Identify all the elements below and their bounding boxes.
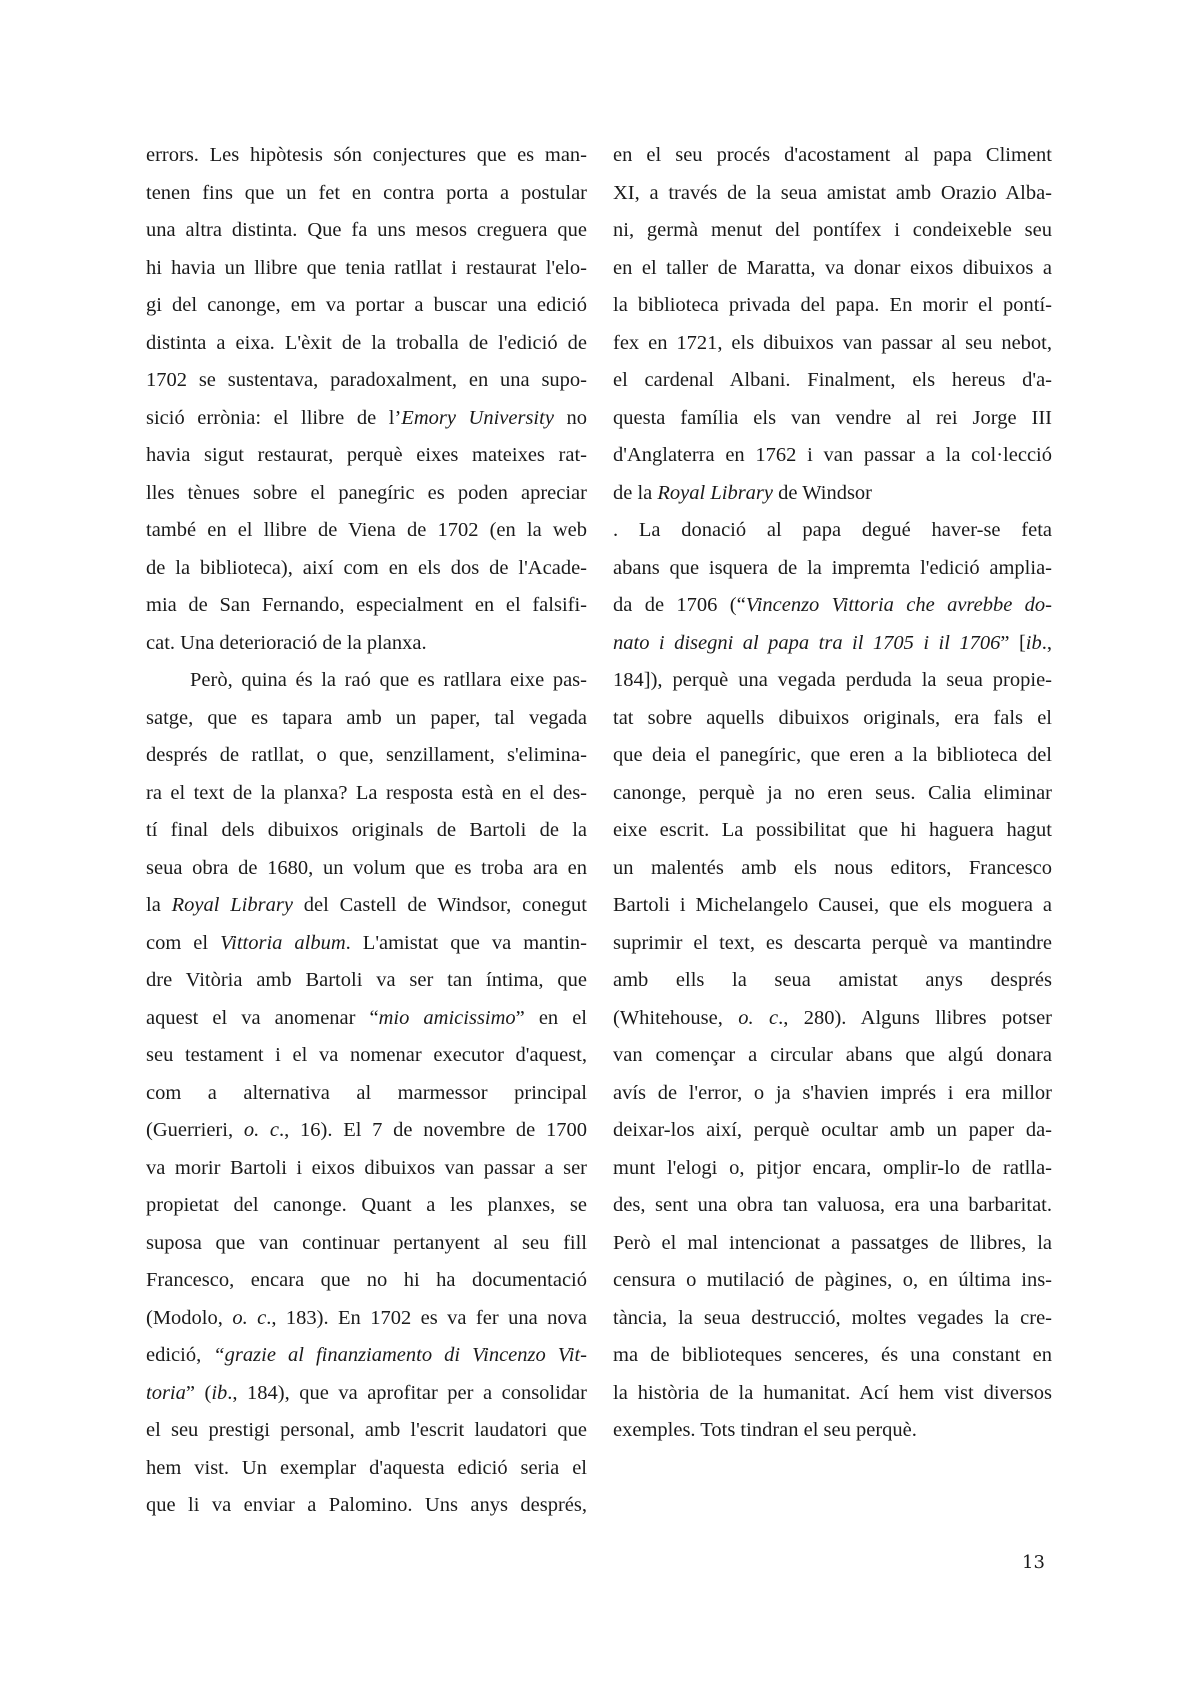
text-line: en el taller de Maratta, va donar eixos … xyxy=(613,250,1052,288)
text-segment: amb ells la seua amistat anys després xyxy=(613,969,1052,991)
text-line: una altra distinta. Que fa uns mesos cre… xyxy=(146,212,587,250)
text-segment: una altra distinta. Que fa uns mesos cre… xyxy=(146,219,587,241)
text-segment: de la xyxy=(613,482,657,504)
text-segment: ” [ xyxy=(1000,632,1025,654)
text-line: lles tènues sobre el panegíric es poden … xyxy=(146,475,587,513)
text-segment: ni, germà menut del pontífex i condeixeb… xyxy=(613,219,1052,241)
text-segment: seua obra de 1680, un volum que es troba… xyxy=(146,857,587,879)
text-segment: també en el llibre de Viena de 1702 (en … xyxy=(146,519,587,541)
text-segment: sició errònia: el llibre de l’ xyxy=(146,407,401,429)
text-line: mia de San Fernando, especialment en el … xyxy=(146,587,587,625)
text-line: censura o mutilació de pàgines, o, en úl… xyxy=(613,1262,1052,1300)
text-line: després de ratllat, o que, senzillament,… xyxy=(146,737,587,775)
text-segment: el cardenal Albani. Finalment, els hereu… xyxy=(613,369,1052,391)
text-segment: va morir Bartoli i eixos dibuixos van pa… xyxy=(146,1157,587,1179)
text-segment: suposa que van continuar pertanyent al s… xyxy=(146,1232,587,1254)
text-line: propietat del canonge. Quant a les planx… xyxy=(146,1187,587,1225)
text-line: . La donació al papa degué haver-se feta xyxy=(613,512,1052,550)
left-text-column: errors. Les hipòtesis són conjectures qu… xyxy=(146,137,587,1525)
text-segment: distinta a eixa. L'èxit de la troballa d… xyxy=(146,332,587,354)
text-segment: gi del canonge, em va portar a buscar un… xyxy=(146,294,587,316)
text-segment: Però, quina és la raó que es ratllara ei… xyxy=(190,669,587,691)
text-segment: de Windsor xyxy=(773,482,872,504)
text-line: el cardenal Albani. Finalment, els hereu… xyxy=(613,362,1052,400)
text-segment: ., 280). Alguns llibres potser xyxy=(778,1007,1052,1029)
document-page: errors. Les hipòtesis són conjectures qu… xyxy=(0,0,1190,1683)
text-segment: que li va enviar a Palomino. Uns anys de… xyxy=(146,1494,587,1516)
text-line: deixar-los així, perquè ocultar amb un p… xyxy=(613,1112,1052,1150)
text-line: des, sent una obra tan valuosa, era una … xyxy=(613,1187,1052,1225)
text-line: d'Anglaterra en 1762 i van passar a la c… xyxy=(613,437,1052,475)
text-segment: tenen fins que un fet en contra porta a … xyxy=(146,182,587,204)
text-line: gi del canonge, em va portar a buscar un… xyxy=(146,287,587,325)
text-segment: abans que isquera de la impremta l'edici… xyxy=(613,557,1052,579)
italic-text: o. c xyxy=(244,1119,279,1141)
text-segment: de la biblioteca), així com en els dos d… xyxy=(146,557,587,579)
italic-text: mio amicissimo xyxy=(379,1007,516,1029)
text-segment: aquest el va anomenar “ xyxy=(146,1007,379,1029)
italic-text: ib xyxy=(1026,632,1042,654)
text-line: hem vist. Un exemplar d'aquesta edició s… xyxy=(146,1450,587,1488)
text-line: nato i disegni al papa tra il 1705 i il … xyxy=(613,625,1052,663)
text-segment: XI, a través de la seua amistat amb Oraz… xyxy=(613,182,1052,204)
text-line: distinta a eixa. L'èxit de la troballa d… xyxy=(146,325,587,363)
text-line: Bartoli i Michelangelo Causei, que els m… xyxy=(613,887,1052,925)
text-line: tància, la seua destrucció, moltes vegad… xyxy=(613,1300,1052,1338)
text-segment: cat. Una deterioració de la planxa. xyxy=(146,632,427,654)
text-line: com a alternativa al marmessor principal xyxy=(146,1075,587,1113)
right-text-column: en el seu procés d'acostament al papa Cl… xyxy=(613,137,1052,1450)
text-segment: suprimir el text, es descarta perquè va … xyxy=(613,932,1052,954)
text-segment: després de ratllat, o que, senzillament,… xyxy=(146,744,587,766)
text-segment: censura o mutilació de pàgines, o, en úl… xyxy=(613,1269,1052,1291)
text-line: també en el llibre de Viena de 1702 (en … xyxy=(146,512,587,550)
text-line: munt l'elogi o, pitjor encara, omplir-lo… xyxy=(613,1150,1052,1188)
text-line: errors. Les hipòtesis són conjectures qu… xyxy=(146,137,587,175)
text-line: da de 1706 (“Vincenzo Vittoria che avreb… xyxy=(613,587,1052,625)
text-line: seua obra de 1680, un volum que es troba… xyxy=(146,850,587,888)
text-line: ma de biblioteques senceres, és una cons… xyxy=(613,1337,1052,1375)
text-line: sició errònia: el llibre de l’Emory Univ… xyxy=(146,400,587,438)
text-segment: tí final dels dibuixos originals de Bart… xyxy=(146,819,587,841)
text-segment: d'Anglaterra en 1762 i van passar a la c… xyxy=(613,444,1052,466)
text-segment: da de 1706 (“ xyxy=(613,594,746,616)
text-line: satge, que es tapara amb un paper, tal v… xyxy=(146,700,587,738)
text-segment: dre Vitòria amb Bartoli va ser tan íntim… xyxy=(146,969,587,991)
text-segment: tància, la seua destrucció, moltes vegad… xyxy=(613,1307,1052,1329)
text-segment: ., 184), que va aprofitar per a consolid… xyxy=(227,1382,587,1404)
italic-text: “grazie al finanziamento di Vincenzo Vit… xyxy=(213,1344,587,1366)
text-segment: que deia el panegíric, que eren a la bib… xyxy=(613,744,1052,766)
text-line: toria” (ib., 184), que va aprofitar per … xyxy=(146,1375,587,1413)
text-line: cat. Una deterioració de la planxa. xyxy=(146,625,587,663)
text-line: edició, “grazie al finanziamento di Vinc… xyxy=(146,1337,587,1375)
text-segment: deixar-los així, perquè ocultar amb un p… xyxy=(613,1119,1052,1141)
text-line: Però el mal intencionat a passatges de l… xyxy=(613,1225,1052,1263)
text-line: seu testament i el va nomenar executor d… xyxy=(146,1037,587,1075)
italic-text: ib xyxy=(211,1382,227,1404)
text-segment: . L'amistat que va mantin- xyxy=(346,932,587,954)
text-segment: en el seu procés d'acostament al papa Cl… xyxy=(613,144,1052,166)
text-segment: ., 183). En 1702 es va fer una nova xyxy=(266,1307,587,1329)
text-line: com el Vittoria album. L'amistat que va … xyxy=(146,925,587,963)
text-segment: edició, xyxy=(146,1344,213,1366)
text-line: la història de la humanitat. Ací hem vis… xyxy=(613,1375,1052,1413)
text-segment: Francesco, encara que no hi ha documenta… xyxy=(146,1269,587,1291)
text-line: amb ells la seua amistat anys després xyxy=(613,962,1052,1000)
text-line: Però, quina és la raó que es ratllara ei… xyxy=(146,662,587,700)
text-line: tí final dels dibuixos originals de Bart… xyxy=(146,812,587,850)
italic-text: o. c xyxy=(232,1307,266,1329)
text-segment: (Guerrieri, xyxy=(146,1119,244,1141)
text-line: tenen fins que un fet en contra porta a … xyxy=(146,175,587,213)
text-line: abans que isquera de la impremta l'edici… xyxy=(613,550,1052,588)
italic-text: Royal Library xyxy=(172,894,293,916)
text-segment: la xyxy=(146,894,172,916)
text-segment: ” en el xyxy=(516,1007,587,1029)
text-line: la Royal Library del Castell de Windsor,… xyxy=(146,887,587,925)
text-segment: ma de biblioteques senceres, és una cons… xyxy=(613,1344,1052,1366)
text-line: (Whitehouse, o. c., 280). Alguns llibres… xyxy=(613,1000,1052,1038)
text-line: (Guerrieri, o. c., 16). El 7 de novembre… xyxy=(146,1112,587,1150)
italic-text: nato i disegni al papa tra il 1705 i il … xyxy=(613,632,1000,654)
italic-text: Vincenzo Vittoria che avrebbe do- xyxy=(746,594,1052,616)
text-line: avís de l'error, o ja s'havien imprés i … xyxy=(613,1075,1052,1113)
text-segment: tat sobre aquells dibuixos originals, er… xyxy=(613,707,1052,729)
text-segment: ., 16). El 7 de novembre de 1700 xyxy=(279,1119,587,1141)
text-line: suprimir el text, es descarta perquè va … xyxy=(613,925,1052,963)
text-line: Francesco, encara que no hi ha documenta… xyxy=(146,1262,587,1300)
text-line: la biblioteca privada del papa. En morir… xyxy=(613,287,1052,325)
text-line: XI, a través de la seua amistat amb Oraz… xyxy=(613,175,1052,213)
italic-text: o. c xyxy=(738,1007,778,1029)
text-line: ni, germà menut del pontífex i condeixeb… xyxy=(613,212,1052,250)
italic-text: toria xyxy=(146,1382,186,1404)
text-line: eixe escrit. La possibilitat que hi hagu… xyxy=(613,812,1052,850)
text-segment: lles tènues sobre el panegíric es poden … xyxy=(146,482,587,504)
text-segment: des, sent una obra tan valuosa, era una … xyxy=(613,1194,1052,1216)
text-segment: com el xyxy=(146,932,220,954)
text-segment: del Castell de Windsor, conegut xyxy=(293,894,587,916)
text-segment: hem vist. Un exemplar d'aquesta edició s… xyxy=(146,1457,587,1479)
text-segment: en el taller de Maratta, va donar eixos … xyxy=(613,257,1052,279)
text-segment: no xyxy=(554,407,587,429)
text-segment: Bartoli i Michelangelo Causei, que els m… xyxy=(613,894,1052,916)
text-line: el seu prestigi personal, amb l'escrit l… xyxy=(146,1412,587,1450)
text-segment: satge, que es tapara amb un paper, tal v… xyxy=(146,707,587,729)
text-segment: (Whitehouse, xyxy=(613,1007,738,1029)
text-line: questa família els van vendre al rei Jor… xyxy=(613,400,1052,438)
text-segment: canonge, perquè ja no eren seus. Calia e… xyxy=(613,782,1052,804)
text-segment: munt l'elogi o, pitjor encara, omplir-lo… xyxy=(613,1157,1052,1179)
text-segment: van començar a circular abans que algú d… xyxy=(613,1044,1052,1066)
text-segment: eixe escrit. La possibilitat que hi hagu… xyxy=(613,819,1052,841)
page-number: 13 xyxy=(1022,1552,1045,1573)
text-segment: Però el mal intencionat a passatges de l… xyxy=(613,1232,1052,1254)
text-line: (Modolo, o. c., 183). En 1702 es va fer … xyxy=(146,1300,587,1338)
text-segment: hi havia un llibre que tenia ratllat i r… xyxy=(146,257,587,279)
text-line: van començar a circular abans que algú d… xyxy=(613,1037,1052,1075)
text-segment: el seu prestigi personal, amb l'escrit l… xyxy=(146,1419,587,1441)
text-line: suposa que van continuar pertanyent al s… xyxy=(146,1225,587,1263)
text-segment: 1702 se sustentava, paradoxalment, en un… xyxy=(146,369,587,391)
text-segment: un malentés amb els nous editors, France… xyxy=(613,857,1052,879)
text-segment: exemples. Tots tindran el seu perquè. xyxy=(613,1419,917,1441)
text-segment: ra el text de la planxa? La resposta est… xyxy=(146,782,587,804)
text-segment: seu testament i el va nomenar executor d… xyxy=(146,1044,587,1066)
text-segment: errors. Les hipòtesis són conjectures qu… xyxy=(146,144,587,166)
text-line: exemples. Tots tindran el seu perquè. xyxy=(613,1412,1052,1450)
italic-text: Royal Library xyxy=(657,482,773,504)
text-segment: com a alternativa al marmessor principal xyxy=(146,1082,587,1104)
text-line: hi havia un llibre que tenia ratllat i r… xyxy=(146,250,587,288)
text-segment: (Modolo, xyxy=(146,1307,232,1329)
text-segment: 184]), perquè una vegada perduda la seua… xyxy=(613,669,1052,691)
text-line: en el seu procés d'acostament al papa Cl… xyxy=(613,137,1052,175)
text-segment: fex en 1721, els dibuixos van passar al … xyxy=(613,332,1052,354)
text-line: de la Royal Library de Windsor xyxy=(613,475,1052,513)
text-line: havia sigut restaurat, perquè eixes mate… xyxy=(146,437,587,475)
text-line: fex en 1721, els dibuixos van passar al … xyxy=(613,325,1052,363)
text-segment: havia sigut restaurat, perquè eixes mate… xyxy=(146,444,587,466)
text-line: de la biblioteca), així com en els dos d… xyxy=(146,550,587,588)
text-line: que li va enviar a Palomino. Uns anys de… xyxy=(146,1487,587,1525)
text-line: un malentés amb els nous editors, France… xyxy=(613,850,1052,888)
text-line: tat sobre aquells dibuixos originals, er… xyxy=(613,700,1052,738)
text-segment: propietat del canonge. Quant a les planx… xyxy=(146,1194,587,1216)
text-segment: la biblioteca privada del papa. En morir… xyxy=(613,294,1052,316)
text-line: 1702 se sustentava, paradoxalment, en un… xyxy=(146,362,587,400)
text-segment: ., xyxy=(1042,632,1052,654)
text-line: 184]), perquè una vegada perduda la seua… xyxy=(613,662,1052,700)
text-segment: . La donació al papa degué haver-se feta xyxy=(613,519,1052,541)
text-line: que deia el panegíric, que eren a la bib… xyxy=(613,737,1052,775)
text-segment: mia de San Fernando, especialment en el … xyxy=(146,594,587,616)
text-line: aquest el va anomenar “mio amicissimo” e… xyxy=(146,1000,587,1038)
text-segment: ” ( xyxy=(186,1382,211,1404)
text-segment: questa família els van vendre al rei Jor… xyxy=(613,407,1052,429)
text-line: dre Vitòria amb Bartoli va ser tan íntim… xyxy=(146,962,587,1000)
text-segment: la història de la humanitat. Ací hem vis… xyxy=(613,1382,1052,1404)
italic-text: Emory University xyxy=(401,407,554,429)
text-line: canonge, perquè ja no eren seus. Calia e… xyxy=(613,775,1052,813)
text-segment: avís de l'error, o ja s'havien imprés i … xyxy=(613,1082,1052,1104)
text-line: va morir Bartoli i eixos dibuixos van pa… xyxy=(146,1150,587,1188)
italic-text: Vittoria album xyxy=(220,932,346,954)
text-line: ra el text de la planxa? La resposta est… xyxy=(146,775,587,813)
